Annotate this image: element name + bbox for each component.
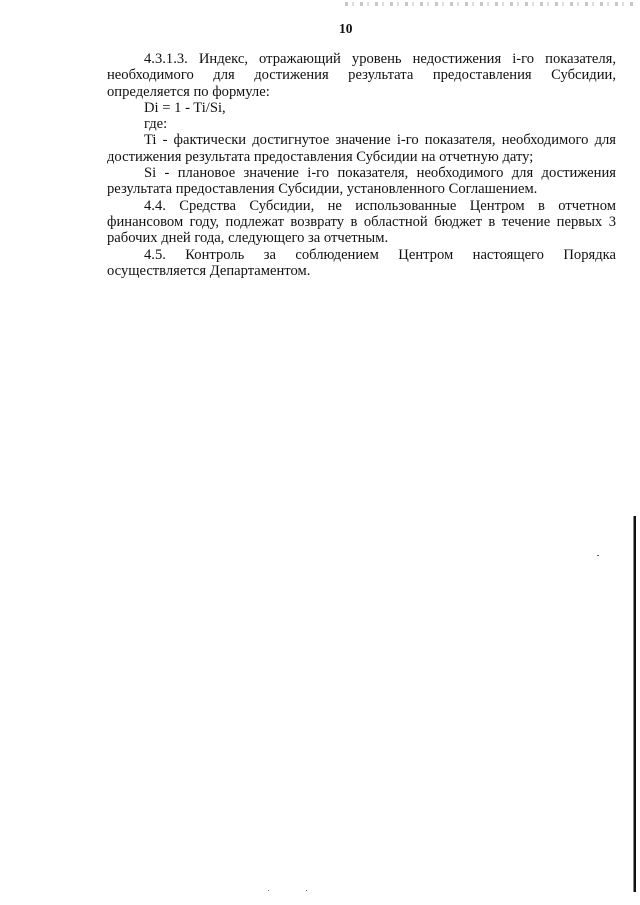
document-page: 10 4.3.1.3. Индекс, отражающий уровень н… xyxy=(0,0,640,905)
paragraph-4-4: 4.4. Средства Субсидии, не использованны… xyxy=(107,198,616,247)
page-number: 10 xyxy=(339,21,353,37)
scan-speck xyxy=(268,890,269,891)
scan-artifact-top xyxy=(345,2,635,6)
paragraph-4-3-1-3: 4.3.1.3. Индекс, отражающий уровень недо… xyxy=(107,51,616,100)
scan-speck xyxy=(597,555,599,556)
where-label: где: xyxy=(107,116,616,132)
scan-edge-shadow xyxy=(633,516,636,892)
definition-ti: Ti - фактически достигнутое значение i-г… xyxy=(107,132,616,165)
scan-speck xyxy=(306,890,307,891)
definition-si: Si - плановое значение i-го показателя, … xyxy=(107,165,616,198)
document-body: 4.3.1.3. Индекс, отражающий уровень недо… xyxy=(107,51,616,279)
paragraph-4-5: 4.5. Контроль за соблюдением Центром нас… xyxy=(107,247,616,280)
formula: Di = 1 - Ti/Si, xyxy=(107,100,616,116)
